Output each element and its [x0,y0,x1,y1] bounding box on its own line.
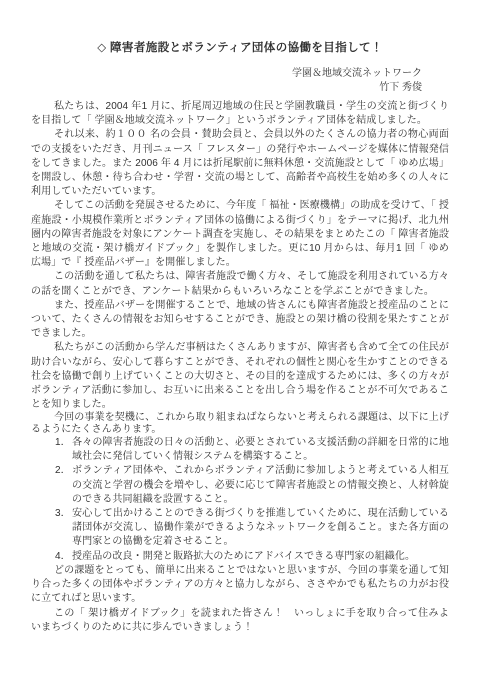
paragraph-lessons: 私たちがこの活動から学んだ事柄はたくさんありますが、障害者も含めて全ての住民が助… [31,341,449,412]
paragraph-history: それ以来、約１００ 名の会員・賛助会員と、会員以外のたくさんの協力者の物心両面で… [31,128,449,199]
byline-author: 竹下 秀俊 [31,81,422,95]
paragraph-activity-learning: この活動を通して私たちは、障害者施設で働く方々、そして施設を利用されている方々の… [31,270,449,298]
list-item-4: 4．授産品の改良・開発と販路拡大のためにアドバイスできる専門家の組織化。 [31,550,449,564]
list-item-1: 1．各々の障害者施設の日々の活動と、必要とされている支援活動の詳細を日常的に地域… [31,436,449,464]
list-marker-4: 4． [55,550,72,564]
list-item-3: 3．安心して出かけることのできる街づくりを推進していくために、現在活動している諸… [31,507,449,550]
paragraph-closing-thanks: どの課題をとっても、簡単に出来ることではないと思いますが、今回の事業を通して知り… [31,564,449,607]
paragraph-intro: 私たちは、2004 年1 月に、折尾周辺地域の住民と学園教職員・学生の交流と街づ… [31,100,449,128]
list-text-1: 各々の障害者施設の日々の活動と、必要とされている支援活動の詳細を日常的に地域社会… [72,437,449,462]
paragraph-guidebook: そしてこの活動を発展させるために、今年度「 福祉・医療機構」の助成を受けて、「 … [31,199,449,270]
document-title: ◇ 障害者施設とボランティア団体の協働を目指して！ [31,42,449,55]
list-text-3: 安心して出かけることのできる街づくりを推進していくために、現在活動している諸団体… [72,508,449,547]
paragraph-issues-intro: 今回の事業を契機に、これから取り組まねばならないと考えられる課題は、以下に上げる… [31,412,449,436]
byline-organization: 学園＆地域交流ネットワーク [31,67,422,81]
list-marker-1: 1． [55,436,72,450]
list-item-2: 2．ボランティア団体や、これからボランティア活動に参加しようと考えている人相互の… [31,464,449,507]
document-body: 私たちは、2004 年1 月に、折尾周辺地域の住民と学園教職員・学生の交流と街づ… [31,100,449,635]
document-page: ◇ 障害者施設とボランティア団体の協働を目指して！ 学園＆地域交流ネットワーク … [0,0,480,678]
list-text-2: ボランティア団体や、これからボランティア活動に参加しようと考えている人相互の交流… [72,465,449,504]
byline: 学園＆地域交流ネットワーク 竹下 秀俊 [31,67,449,95]
list-marker-3: 3． [55,507,72,521]
list-marker-2: 2． [55,464,72,478]
paragraph-call-to-action: この「 架け橋ガイドブック」を読まれた皆さん！ いっしょに手を取り合って住みよい… [31,607,449,635]
paragraph-bazaar: また、授産品バザーを開催することで、地域の皆さんにも障害者施設と授産品のことにつ… [31,299,449,342]
list-text-4: 授産品の改良・開発と販路拡大のためにアドバイスできる専門家の組織化。 [72,551,415,562]
